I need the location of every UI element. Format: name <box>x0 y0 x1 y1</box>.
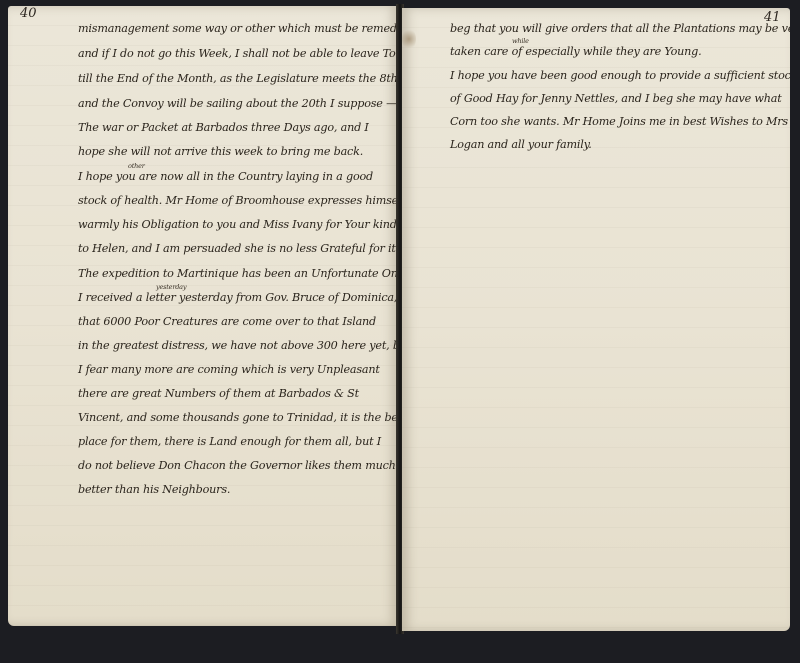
text-line: to Helen, and I am persuaded she is no l… <box>78 242 398 255</box>
text-line: that 6000 Poor Creatures are come over t… <box>78 315 376 328</box>
text-line: hope she will not arrive this week to br… <box>78 145 363 158</box>
text-line: do not believe Don Chacon the Governor l… <box>78 459 396 472</box>
left-page: 40 mismanagement some way or other which… <box>8 6 398 626</box>
text-line: Corn too she wants. Mr Home Joins me in … <box>450 115 788 128</box>
text-line: I received a letter yesterday from Gov. … <box>78 291 398 304</box>
text-line: mismanagement some way or other which mu… <box>78 22 398 35</box>
text-line: better than his Neighbours. <box>78 483 230 496</box>
text-line: I hope you are now all in the Country la… <box>78 170 373 183</box>
right-page: 41 beg that you will give orders that al… <box>402 8 790 631</box>
text-line: I fear many more are coming which is ver… <box>78 363 380 376</box>
interlineation: yesterday <box>156 283 186 291</box>
paper-stain <box>402 28 416 50</box>
text-line: The war or Packet at Barbados three Days… <box>78 121 369 134</box>
text-line: Logan and all your family. <box>450 138 592 151</box>
text-line: I hope you have been good enough to prov… <box>450 69 790 82</box>
text-line: till the End of the Month, as the Legisl… <box>78 72 398 85</box>
text-line: warmly his Obligation to you and Miss Iv… <box>78 218 398 231</box>
interlineation: while <box>512 37 529 45</box>
text-line: in the greatest distress, we have not ab… <box>78 339 398 352</box>
text-line: and if I do not go this Week, I shall no… <box>78 47 398 60</box>
manuscript-spread: 40 mismanagement some way or other which… <box>0 0 800 663</box>
text-line: The expedition to Martinique has been an… <box>78 267 398 280</box>
text-line: and the Convoy will be sailing about the… <box>78 97 397 110</box>
text-line: Vincent, and some thousands gone to Trin… <box>78 411 398 424</box>
text-line: place for them, there is Land enough for… <box>78 435 381 448</box>
text-line: there are great Numbers of them at Barba… <box>78 387 359 400</box>
interlineation: other <box>128 162 145 170</box>
text-line: taken care of especially while they are … <box>450 45 702 58</box>
page-number-40: 40 <box>20 6 37 21</box>
text-line: beg that you will give orders that all t… <box>450 22 790 35</box>
text-line: of Good Hay for Jenny Nettles, and I beg… <box>450 92 782 105</box>
text-line: stock of health. Mr Home of Broomhouse e… <box>78 194 398 207</box>
